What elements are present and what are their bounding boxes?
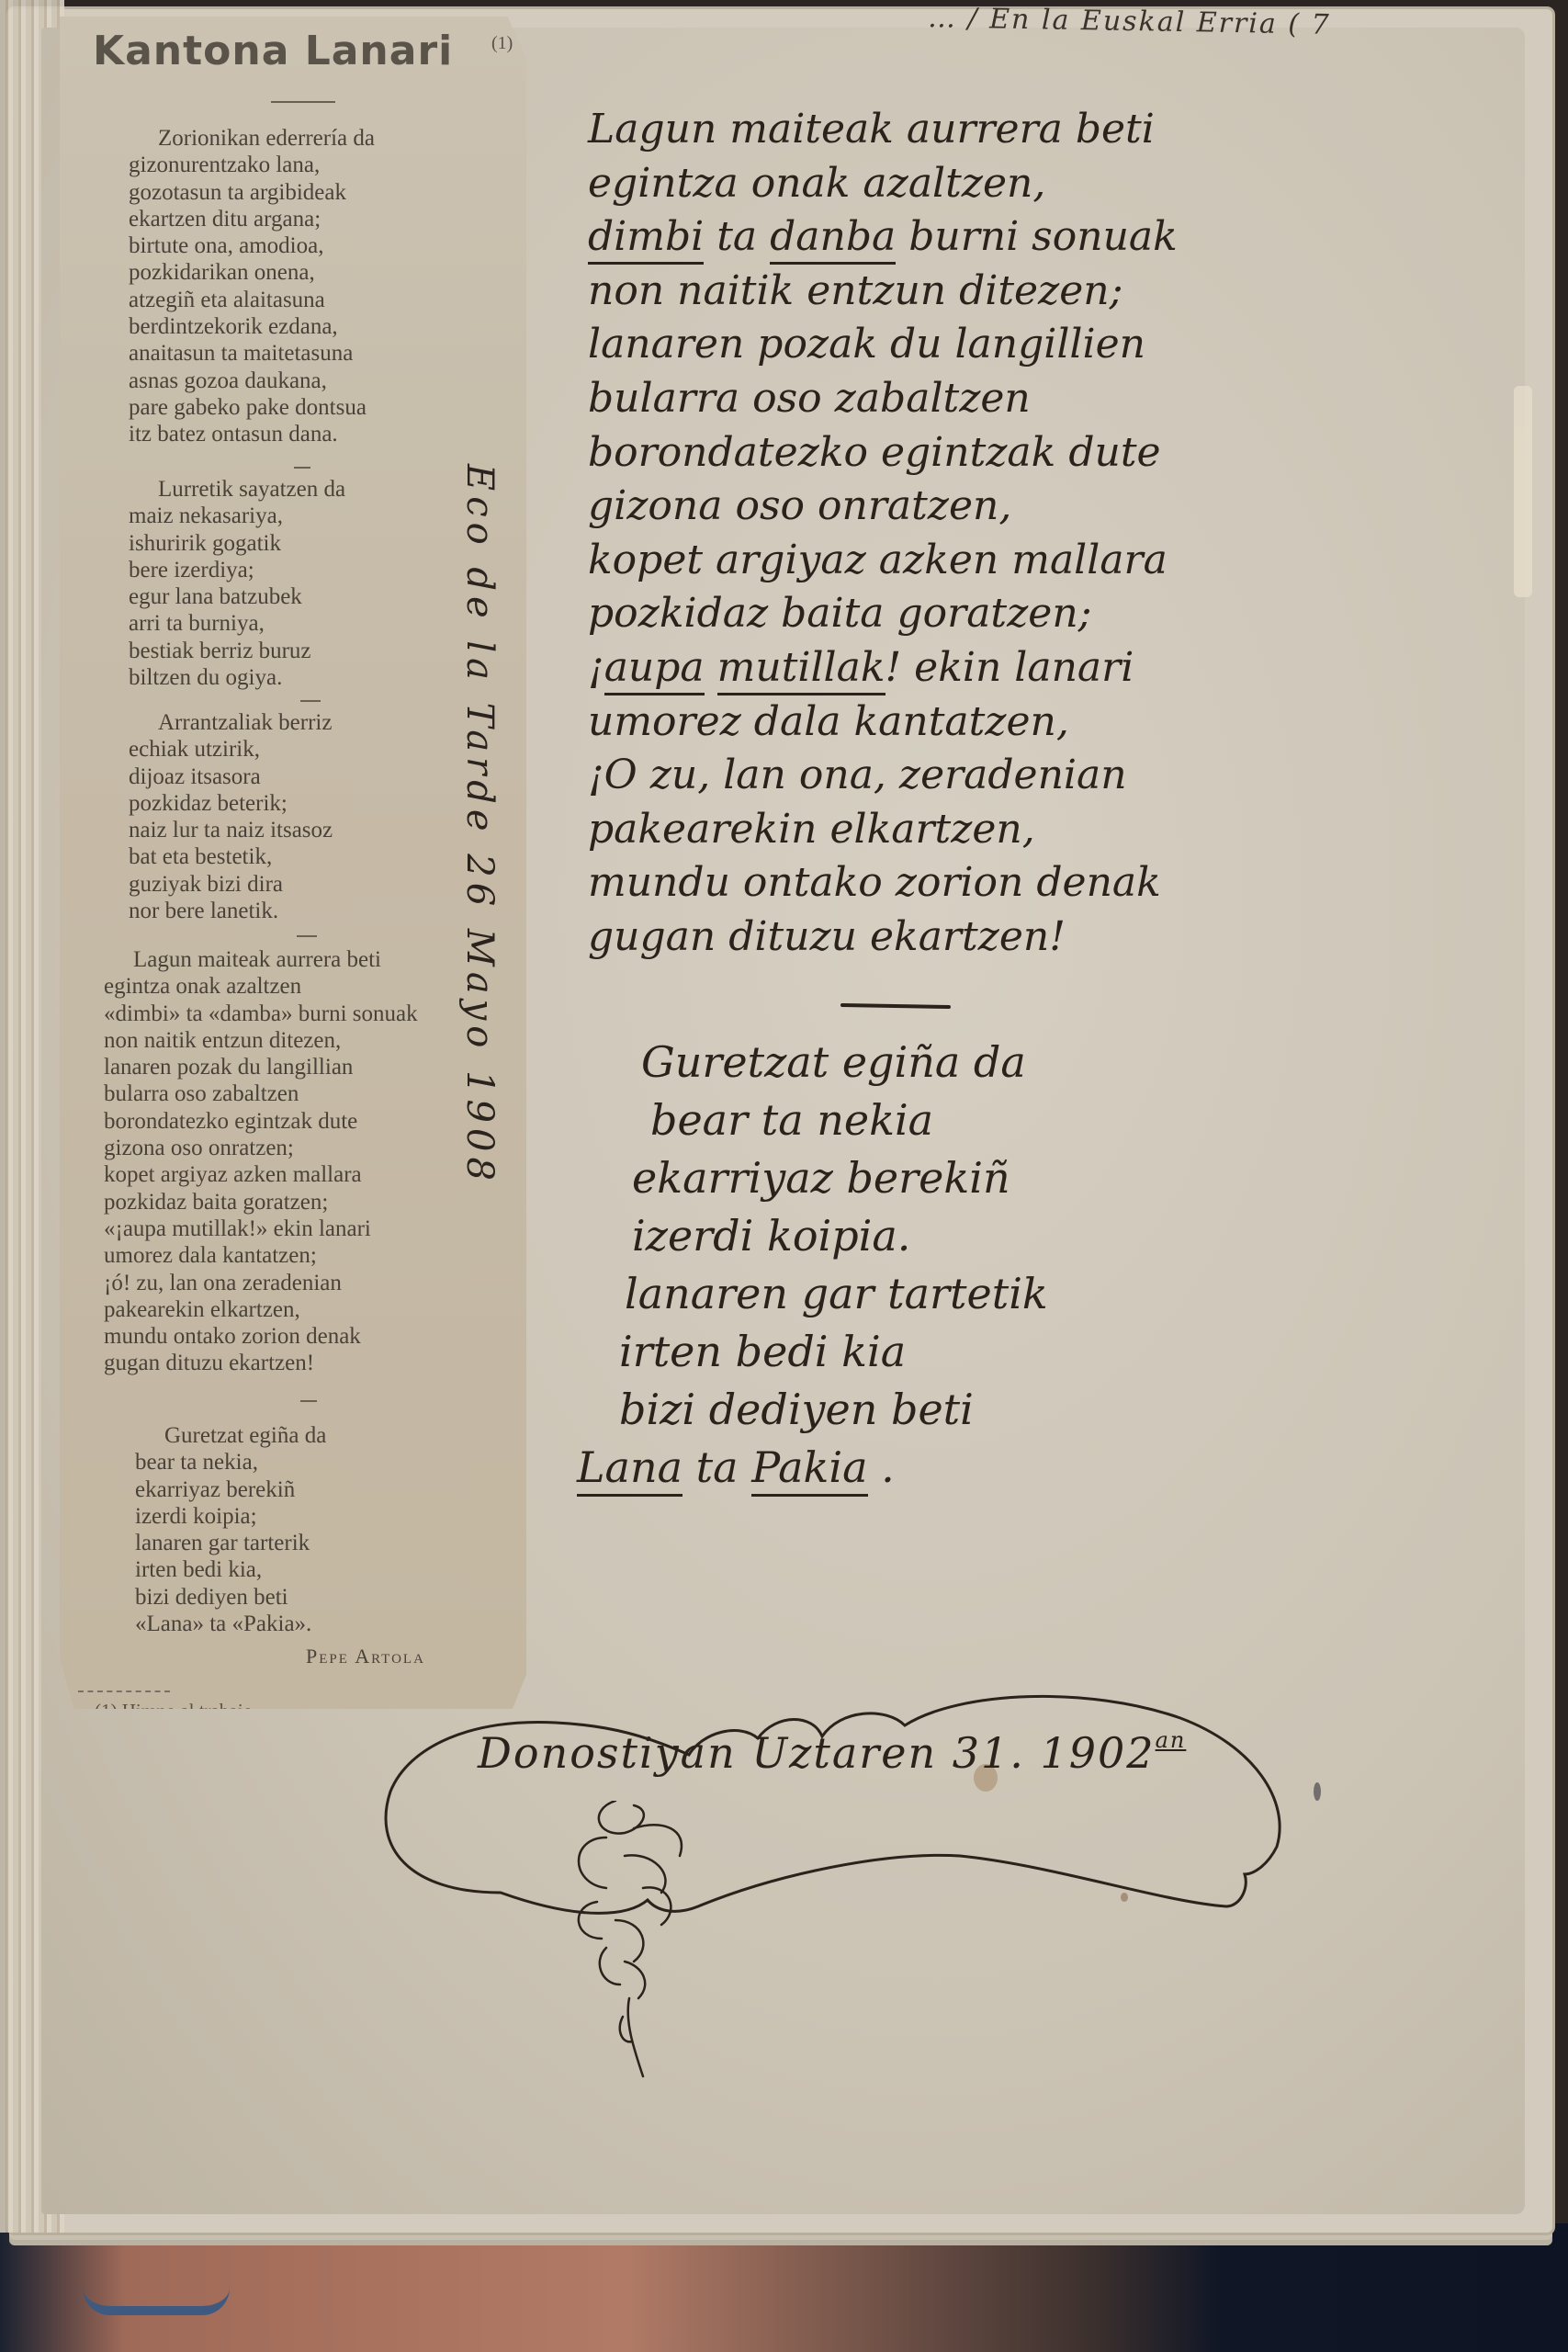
dateline: Donostiyan Uztaren 31. 1902an — [478, 1727, 1186, 1778]
background-object — [83, 2269, 230, 2315]
underlined-word: mutillak — [717, 644, 886, 695]
verse-line: bat eta bestetik, — [129, 843, 333, 870]
verse-line: irten bedi kia, — [135, 1556, 326, 1583]
verse-line: pozkidaz baita goratzen; — [104, 1189, 418, 1216]
divider — [294, 467, 310, 469]
divider — [300, 1400, 317, 1402]
handwritten-word: ta — [704, 213, 770, 260]
handwritten-line: non naitik entzun ditezen; — [588, 265, 1178, 319]
clipping-stanza-1: Zorionikan ederrería da gizonurentzako l… — [129, 125, 375, 448]
handwritten-line: ¡aupa mutillak! ekin lanari — [588, 641, 1178, 695]
verse-line: umorez dala kantatzen; — [104, 1242, 418, 1269]
divider — [300, 700, 321, 702]
handwritten-word: ¡ — [588, 644, 604, 691]
verse-line: pare gabeko pake dontsua — [129, 394, 375, 421]
handwritten-line: Lana ta Pakia . — [577, 1439, 1048, 1497]
underlined-word: Pakia — [751, 1442, 867, 1497]
underlined-word: danba — [770, 213, 896, 265]
dateline-text: Donostiyan Uztaren 31. 1902 — [478, 1728, 1156, 1778]
divider — [297, 935, 317, 937]
handwritten-word: burni sonuak — [896, 213, 1178, 260]
handwritten-line: pozkidaz baita goratzen; — [588, 587, 1178, 641]
handwritten-line: Lagun maiteak aurrera beti — [588, 103, 1178, 157]
handwritten-line: ¡O zu, lan ona, zeradenian — [588, 749, 1178, 803]
clipping-stanza-5: Guretzat egiña da bear ta nekia, ekarriy… — [135, 1422, 326, 1637]
page-torn-edge — [1514, 386, 1532, 597]
verse-line: nor bere lanetik. — [129, 898, 333, 924]
manuscript-stanza-1: Lagun maiteak aurrera beti egintza onak … — [588, 103, 1178, 965]
verse-line: Lurretik sayatzen da — [129, 476, 345, 503]
verse-line: lanaren gar tarterik — [135, 1530, 326, 1556]
handwritten-line: irten bedi kia — [577, 1323, 1048, 1381]
underlined-word: Lana — [577, 1442, 682, 1497]
handwritten-word — [705, 644, 717, 691]
verse-line: Zorionikan ederrería da — [129, 125, 375, 152]
verse-line: maiz nekasariya, — [129, 503, 345, 529]
verse-line: anaitasun ta maitetasuna — [129, 340, 375, 367]
verse-line: guziyak bizi dira — [129, 871, 333, 898]
clipping-stanza-3: Arrantzaliak berriz echiak utzirik, dijo… — [129, 709, 333, 924]
divider — [271, 101, 335, 103]
handwritten-line: bizi dediyen beti — [577, 1381, 1048, 1439]
verse-line: gugan dituzu ekartzen! — [104, 1350, 418, 1376]
verse-line: berdintzekorik ezdana, — [129, 313, 375, 340]
verse-line: echiak utzirik, — [129, 736, 333, 763]
clipping-stanza-2: Lurretik sayatzen da maiz nekasariya, is… — [129, 476, 345, 691]
background-surface — [0, 2223, 1568, 2352]
handwritten-line: kopet argiyaz azken mallara — [588, 534, 1178, 588]
handwritten-line: lanaren pozak du langillien — [588, 318, 1178, 372]
verse-line: «dimbi» ta «damba» burni sonuak — [104, 1001, 418, 1027]
paper-stain — [1314, 1782, 1321, 1801]
verse-line: ¡ó! zu, lan ona zeradenian — [104, 1270, 418, 1296]
verse-line: gizona oso onratzen; — [104, 1135, 418, 1161]
verse-line: Arrantzaliak berriz — [129, 709, 333, 736]
verse-line: izerdi koipia; — [135, 1503, 326, 1530]
manuscript-stanza-2: Guretzat egiña da bear ta nekia ekarriya… — [577, 1034, 1048, 1497]
verse-line: naiz lur ta naiz itsasoz — [129, 817, 333, 843]
verse-line: itz batez ontasun dana. — [129, 421, 375, 447]
dateline-cartouche — [372, 1681, 1291, 1939]
verse-line: «¡aupa mutillak!» ekin lanari — [104, 1216, 418, 1242]
underlined-word: dimbi — [588, 213, 704, 265]
handwritten-line: umorez dala kantatzen, — [588, 695, 1178, 750]
verse-line: egintza onak azaltzen — [104, 973, 418, 1000]
handwritten-line: izerdi koipia. — [577, 1207, 1048, 1265]
verse-line: pakearekin elkartzen, — [104, 1296, 418, 1323]
ornamental-flourish-icon — [514, 1801, 753, 2095]
verse-line: bizi dediyen beti — [135, 1584, 326, 1611]
handwritten-line: dimbi ta danba burni sonuak — [588, 210, 1178, 265]
handwritten-word: ta — [682, 1442, 751, 1492]
verse-line: Lagun maiteak aurrera beti — [104, 946, 418, 973]
verse-line: dijoaz itsasora — [129, 763, 333, 790]
handwritten-line: gizona oso onratzen, — [588, 480, 1178, 534]
verse-line: non naitik entzun ditezen, — [104, 1027, 418, 1054]
verse-line: bestiak berriz buruz — [129, 638, 345, 664]
handwritten-line: gugan dituzu ekartzen! — [588, 910, 1178, 965]
verse-line: pozkidarikan onena, — [129, 259, 375, 286]
verse-line: birtute ona, amodioa, — [129, 232, 375, 259]
verse-line: asnas gozoa daukana, — [129, 367, 375, 394]
verse-line: pozkidaz beterik; — [129, 790, 333, 817]
handwritten-word: . — [868, 1442, 895, 1492]
clipping-footnote-marker: (1) — [491, 33, 513, 54]
underlined-word: aupa — [604, 644, 705, 695]
handwritten-line: ekarriyaz berekiñ — [577, 1149, 1048, 1207]
verse-line: Guretzat egiña da — [135, 1422, 326, 1449]
verse-line: biltzen du ogiya. — [129, 664, 345, 691]
newspaper-clipping: Kantona Lanari (1) Zorionikan ederrería … — [60, 17, 526, 1709]
verse-line: bere izerdiya; — [129, 557, 345, 583]
verse-line: borondatezko egintzak dute — [104, 1108, 418, 1135]
verse-line: egur lana batzubek — [129, 583, 345, 610]
verse-line: bear ta nekia, — [135, 1449, 326, 1476]
source-date-annotation: Eco de la Tarde 26 Mayo 1908 — [458, 464, 501, 1186]
verse-line: arri ta burniya, — [129, 610, 345, 637]
footnote-divider — [78, 1690, 170, 1693]
verse-line: gizonurentzako lana, — [129, 152, 375, 178]
handwritten-line: lanaren gar tartetik — [577, 1265, 1048, 1323]
verse-line: ekarriyaz berekiñ — [135, 1476, 326, 1503]
verse-line: bularra oso zabaltzen — [104, 1080, 418, 1107]
verse-line: kopet argiyaz azken mallara — [104, 1161, 418, 1188]
clipping-stanza-4: Lagun maiteak aurrera beti egintza onak … — [104, 946, 418, 1377]
verse-line: lanaren pozak du langillian — [104, 1054, 418, 1080]
dateline-suffix: an — [1156, 1727, 1187, 1753]
handwritten-line: bear ta nekia — [577, 1091, 1048, 1149]
verse-line: ekartzen ditu argana; — [129, 206, 375, 232]
verse-line: atzegiñ eta alaitasuna — [129, 287, 375, 313]
verse-line: «Lana» ta «Pakia». — [135, 1611, 326, 1637]
verse-line: ishuririk gogatik — [129, 530, 345, 557]
handwritten-line: borondatezko egintzak dute — [588, 426, 1178, 481]
handwritten-line: pakearekin elkartzen, — [588, 803, 1178, 857]
handwritten-line: mundu ontako zorion denak — [588, 856, 1178, 910]
handwritten-line: egintza onak azaltzen, — [588, 157, 1178, 211]
author-byline: Pepe Artola — [306, 1645, 425, 1668]
clipping-title: Kantona Lanari — [93, 28, 453, 74]
cartouche-border-icon — [372, 1681, 1291, 1939]
verse-line: gozotasun ta argibideak — [129, 179, 375, 206]
handwritten-word: ! ekin lanari — [886, 644, 1134, 691]
handwritten-line: bularra oso zabaltzen — [588, 372, 1178, 426]
handwritten-line: Guretzat egiña da — [577, 1034, 1048, 1091]
verse-line: mundu ontako zorion denak — [104, 1323, 418, 1350]
